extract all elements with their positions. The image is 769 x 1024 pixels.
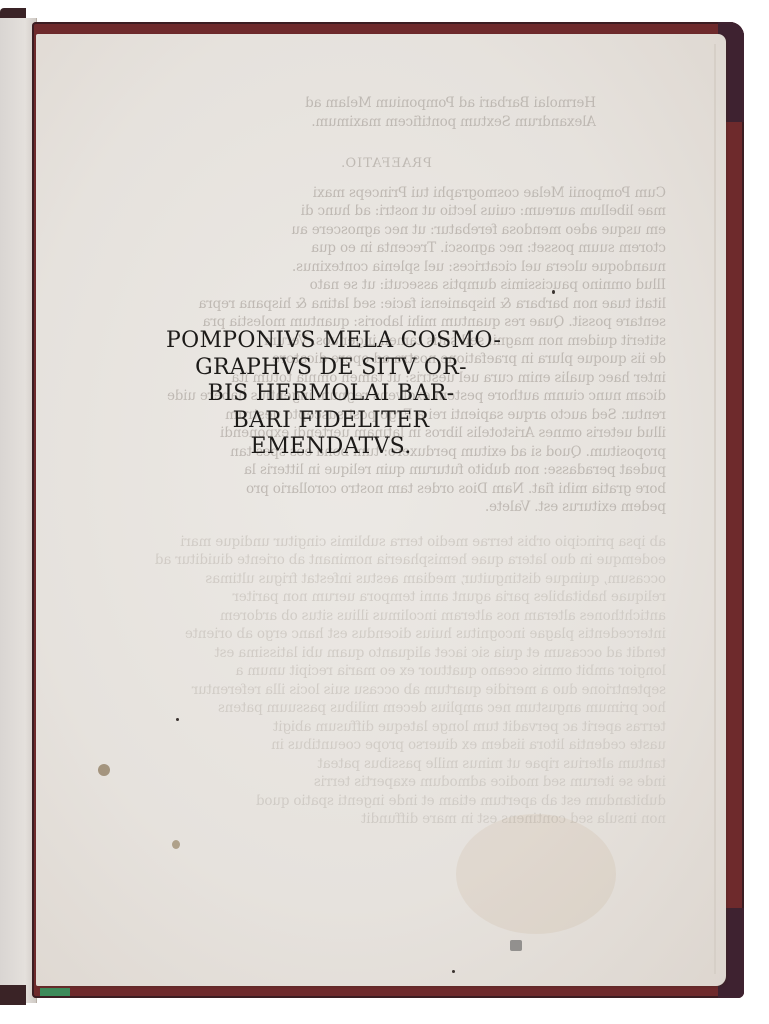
show-through-line: bore gratia mihi fiat. Nam Dios ordes ta…: [106, 480, 666, 499]
title-line: POMPONIVS MELA COSMO-: [166, 328, 496, 355]
show-through-line: inde se iterum sed modice admodum exaper…: [106, 773, 666, 792]
show-through-line: eodemque in duo latera quae hemisphaeria…: [106, 551, 666, 570]
show-through-line: ab ipsa principio orbis terrae medio ter…: [106, 533, 666, 552]
show-through-line: tantum alterius ripae ut minus mille pas…: [106, 755, 666, 774]
show-through-heading: PRAEFATIO.: [106, 155, 666, 174]
title-line: BARI FIDELITER: [166, 408, 496, 435]
ink-smudge: [510, 940, 522, 951]
title-line: EMENDATVS.: [166, 434, 496, 461]
show-through-header-line: Alexandrum Sextum pontificem maximum.: [106, 113, 666, 132]
foxing-spot: [98, 764, 110, 776]
show-through-line: dubitandum est ab apertum etiam et inde …: [106, 792, 666, 811]
title-line: BIS HERMOLAI BAR-: [166, 381, 496, 408]
show-through-line: longior ambit omnis oceano quattuor ex e…: [106, 662, 666, 681]
show-through-line: Cum Pomponii Melae cosmographi tui Princ…: [106, 184, 666, 203]
page-edge: [714, 44, 716, 974]
show-through-line: pedem exiturus est. Valete.: [106, 498, 666, 517]
title-line: GRAPHVS DE SITV OR-: [166, 355, 496, 382]
green-cloth-mark: [40, 988, 70, 996]
left-cover-corner-bottom: [0, 985, 26, 1005]
show-through-line: tendit ad occasum et quia sic iacet aliq…: [106, 644, 666, 663]
ink-dot: [452, 970, 455, 973]
show-through-line: pudeat peradasse: non dubito futurum qui…: [106, 461, 666, 480]
show-through-line: em usque adeo mendosa ferebatur: ut nec …: [106, 221, 666, 240]
water-stain: [456, 814, 616, 934]
show-through-line: reliquae habitabiles paria agunt anni te…: [106, 588, 666, 607]
title-block: POMPONIVS MELA COSMO- GRAPHVS DE SITV OR…: [166, 328, 496, 461]
show-through-line: Illud omnino paucissimis dumptis assecut…: [106, 276, 666, 295]
show-through-line: uaste cedentia litora iisdem ex diuerso …: [106, 736, 666, 755]
show-through-line: nuandoque ulcera uel cicatrices: uel spl…: [106, 258, 666, 277]
show-through-line: occasum, quinque distinguitur, mediam ae…: [106, 570, 666, 589]
show-through-line: septentrione duo a meridie quartum ab oc…: [106, 681, 666, 700]
foxing-spot: [172, 840, 180, 849]
show-through-line: antichthones alteram nos alteram incolim…: [106, 607, 666, 626]
show-through-line: litati tuae non barbara & hispaniensi fa…: [106, 295, 666, 314]
show-through-line: intercedentis plagae incognitus huius di…: [106, 625, 666, 644]
ink-dot: [176, 718, 179, 721]
ink-dot: [552, 290, 555, 294]
title-page: Hermolai Barbari ad Pomponium Melam ad A…: [36, 34, 726, 986]
show-through-header-line: Hermolai Barbari ad Pomponium Melam ad: [106, 94, 666, 113]
show-through-line: ctorem suum posset: nec agnosci. Trecent…: [106, 239, 666, 258]
show-through-line: terras aperit ac pervadit tum longe late…: [106, 718, 666, 737]
show-through-line: mae libellum aureum: cuius lectio ut nos…: [106, 202, 666, 221]
show-through-line: hoc primum angustum nec amplius decem mi…: [106, 699, 666, 718]
show-through-text: Hermolai Barbari ad Pomponium Melam ad A…: [106, 94, 666, 829]
